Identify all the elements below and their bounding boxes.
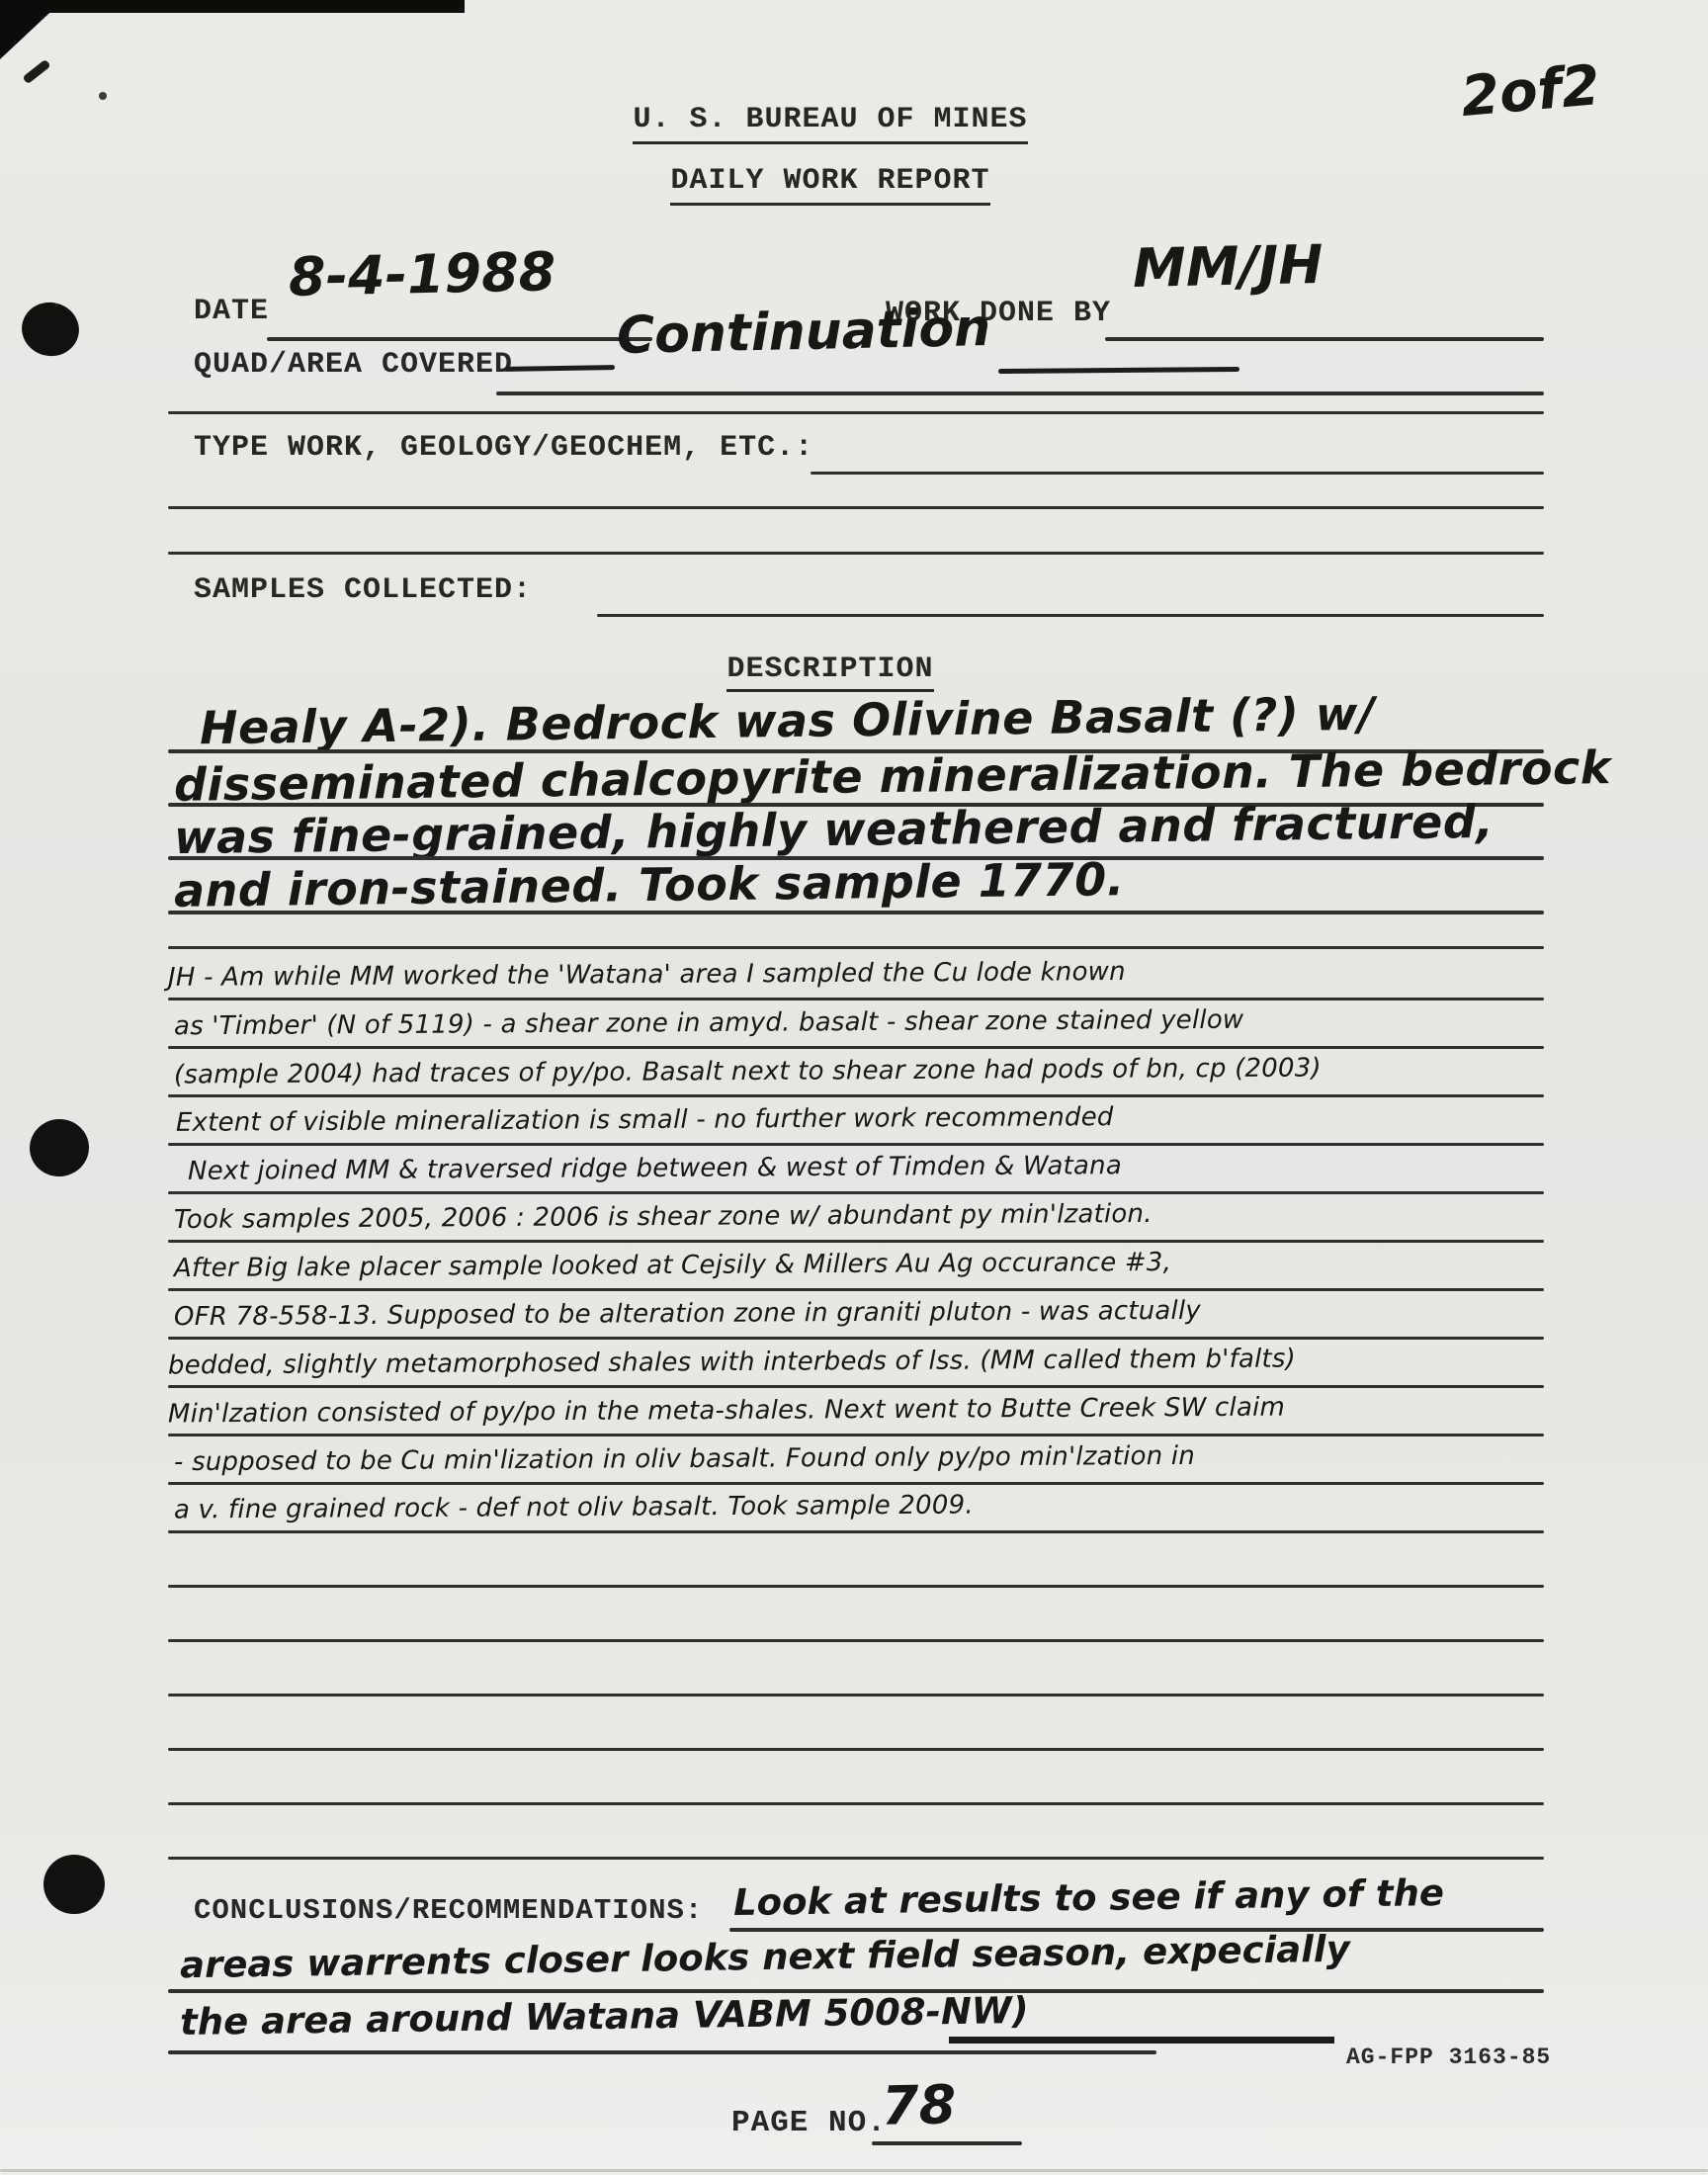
scan-top-bar: [0, 0, 465, 13]
description-line: After Big lake placer sample looked at C…: [174, 1248, 1171, 1283]
hole-punch: [26, 1115, 92, 1180]
ruled-line: [168, 1385, 1544, 1388]
ruled-line: [168, 1094, 1544, 1097]
work-done-by-underline: [1105, 337, 1544, 341]
footer-bar: [949, 2037, 1334, 2044]
ruled-line: [168, 1191, 1544, 1194]
ruled-line: [168, 911, 1544, 914]
description-line: Took samples 2005, 2006 : 2006 is shear …: [174, 1199, 1153, 1235]
blank-rule: [168, 1748, 1544, 1751]
pen-dash-arrow: [998, 367, 1239, 374]
description-line: Extent of visible mineralization is smal…: [176, 1102, 1114, 1138]
conclusions-label: CONCLUSIONS/RECOMMENDATIONS:: [194, 1894, 703, 1927]
ruled-line: [168, 1530, 1544, 1533]
page-no-underline: [872, 2141, 1022, 2145]
type-work-label: TYPE WORK, GEOLOGY/GEOCHEM, ETC.:: [194, 431, 813, 465]
ruled-line: [168, 1143, 1544, 1146]
description-label: DESCRIPTION: [726, 652, 933, 692]
description-line: bedded, slightly metamorphosed shales wi…: [168, 1345, 1296, 1381]
hole-punch: [17, 298, 84, 362]
blank-rule: [168, 1857, 1544, 1860]
description-line: as 'Timber' (N of 5119) - a shear zone i…: [174, 1005, 1244, 1042]
pen-squiggle: [22, 59, 50, 85]
type-work-underline: [811, 472, 1544, 475]
form-number: AG-FPP 3163-85: [1346, 2044, 1551, 2070]
agency-title: U. S. BUREAU OF MINES: [633, 103, 1027, 144]
blank-rule: [168, 946, 1544, 949]
description-line: a v. fine grained rock - def not oliv ba…: [174, 1491, 974, 1525]
blank-rule: [168, 1639, 1544, 1642]
scan-bottom-line: [0, 2169, 1708, 2172]
ruled-line: [168, 1337, 1544, 1340]
ruled-line: [168, 1288, 1544, 1291]
page-no-label: PAGE NO.: [731, 2106, 887, 2140]
scanned-daily-work-report: 2of2 U. S. BUREAU OF MINES DAILY WORK RE…: [0, 0, 1708, 2175]
date-underline: [267, 337, 652, 341]
description-line: Min'lzation consisted of py/po in the me…: [168, 1393, 1285, 1430]
quad-area-underline: [496, 391, 1544, 395]
description-line: JH - Am while MM worked the 'Watana' are…: [168, 957, 1126, 993]
hole-punch: [43, 1855, 105, 1914]
report-title: DAILY WORK REPORT: [670, 164, 989, 206]
blank-rule: [168, 506, 1544, 509]
ruled-line: [168, 2050, 1156, 2054]
samples-collected-label: SAMPLES COLLECTED:: [194, 573, 532, 607]
conclusions-line: the area around Watana VABM 5008-NW): [180, 1989, 1029, 2044]
description-line: OFR 78-558-13. Supposed to be alteration…: [174, 1296, 1201, 1332]
quad-area-label: QUAD/AREA COVERED: [194, 348, 513, 382]
description-heading-band: DESCRIPTION: [0, 652, 1661, 692]
ruled-line: [168, 1046, 1544, 1049]
blank-rule: [168, 1802, 1544, 1805]
ruled-line: [168, 1240, 1544, 1243]
blank-rule: [168, 1694, 1544, 1696]
work-done-by-value: MM/JH: [1132, 233, 1324, 300]
blank-rule: [168, 411, 1544, 414]
blank-rule: [168, 1585, 1544, 1588]
blank-rule: [168, 552, 1544, 555]
description-line: - supposed to be Cu min'lization in oliv…: [174, 1441, 1195, 1477]
ruled-line: [168, 998, 1544, 1000]
header-agency-band: U. S. BUREAU OF MINES: [0, 103, 1661, 144]
ruled-line: [168, 1482, 1544, 1485]
pen-dash: [504, 365, 615, 372]
description-line: Healy A-2). Bedrock was Olivine Basalt (…: [200, 687, 1376, 755]
date-label: DATE: [194, 295, 269, 328]
date-value: 8-4-1988: [288, 240, 556, 308]
ink-dot: [99, 92, 107, 100]
header-report-band: DAILY WORK REPORT: [0, 164, 1661, 206]
conclusions-line: areas warrents closer looks next field s…: [180, 1928, 1350, 1987]
quad-area-value: Continuation: [616, 299, 990, 366]
page-no-value: 78: [881, 2073, 956, 2137]
description-line: and iron-stained. Took sample 1770.: [174, 852, 1125, 917]
ruled-line: [168, 1434, 1544, 1436]
conclusions-line: Look at results to see if any of the: [733, 1871, 1445, 1924]
samples-underline: [597, 614, 1544, 617]
description-line: (sample 2004) had traces of py/po. Basal…: [174, 1053, 1322, 1089]
description-line: Next joined MM & traversed ridge between…: [188, 1151, 1122, 1186]
